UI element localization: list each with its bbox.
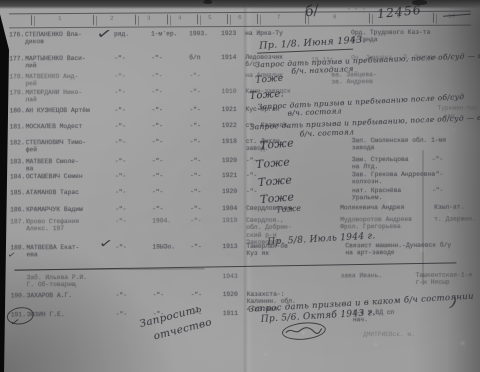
row-number: 190. — [11, 292, 26, 299]
row-number: 178. — [9, 73, 24, 80]
row-number: 187. — [10, 218, 25, 225]
table-row: 191.ЗЮЗИН Г.Е.-"--"--"-19111-я У.ВД сп н… — [1, 309, 480, 312]
col-rank: -"- — [116, 311, 127, 318]
col-notes-2: т. Дзержин. — [434, 216, 476, 224]
row-name: МАТВЕЕВА Екат- ева — [26, 244, 79, 259]
col-place: на Ирка-Ту — [245, 30, 283, 38]
row-name: МАТВЕЕНКО Анд- рей — [25, 73, 78, 88]
col-rank: -"- — [115, 107, 126, 114]
col-notes: нат. Краснёва Уральем. — [352, 187, 401, 202]
col-rank: -"- — [115, 123, 126, 130]
col-ditto: -"- — [151, 72, 162, 79]
col-rank: -"- — [116, 292, 127, 299]
scan-artifact-speck: ✳ — [263, 351, 269, 359]
col-year: 1910 — [221, 88, 236, 95]
scanned-document-page: -10- 12345678910 б/ " " " 12456 176.СТЕП… — [0, 0, 480, 372]
scan-artifact-speck: ✳ — [459, 340, 467, 350]
ink-checkmark: ✓ — [98, 236, 114, 253]
row-number: 181. — [10, 123, 25, 130]
row-name: СТЕПАНОВИЧ Тимо- фей — [26, 139, 87, 154]
scan-artifact-speck: ✳ — [409, 157, 414, 164]
table-row: 190.ЗАХАРОВ А.Г.-"--"--"-1920Казахста-: … — [1, 290, 480, 293]
table-row: 188.МАТВЕЕВА Екат- ева-"-19ЫЗо.-"-1913Та… — [0, 242, 480, 245]
table-row: Заб. Ильева Р.И. Г. Об-товарищ1943зава И… — [1, 272, 480, 275]
column-number: 3 — [147, 16, 151, 22]
column-number: 8 — [333, 14, 337, 20]
col-ditto: -"- — [151, 88, 162, 95]
col-ditto: -"- — [190, 188, 201, 195]
table-row: 178.МАТВЕЕНКО Анд- рей-"--"--"-на Алмалы… — [0, 71, 479, 74]
scan-artifact-speck: ✳ — [386, 199, 393, 208]
col-ditto: -"- — [152, 188, 163, 195]
col-ditto: -"- — [190, 157, 201, 164]
col-year: 1913 — [222, 243, 237, 250]
quote-marks: " " " — [347, 7, 366, 14]
col-year: 1904 — [222, 205, 237, 212]
typed-fragment: ДМИТРИЕВск. м. — [363, 331, 415, 338]
handwritten-tozhe: Тоже — [259, 136, 294, 152]
col-rank: -"- — [115, 173, 126, 180]
col-ditto: -"- — [190, 138, 201, 145]
col-notes: Зав. Грекова Андреевна колхозн. — [352, 171, 435, 186]
col-ditto: -"- — [152, 157, 163, 164]
col-year: 1921 — [222, 106, 237, 113]
row-number: 186. — [10, 206, 25, 213]
scan-artifact-speck: ✳ — [418, 246, 426, 256]
scan-artifact-speck: ✳ — [337, 301, 342, 308]
col-notes: зава Ивань. — [341, 272, 383, 280]
column-number: 6 — [238, 15, 242, 21]
col-ditto: б/п — [189, 54, 200, 61]
row-name: ЗАХАРОВ А.Г. — [27, 292, 72, 300]
col-rank: -"- — [115, 139, 126, 146]
row-number: 183. — [10, 158, 25, 165]
col-year: 1923 — [221, 30, 236, 37]
row-number: 177. — [9, 55, 24, 62]
col-notes-2: Ташкентская-1-я г-н Нясыр — [416, 272, 473, 287]
col-year: 1920 — [222, 157, 237, 164]
ink-checkmark: ✓ — [95, 24, 113, 44]
col-ditto: 19ЫЗо. — [152, 243, 175, 250]
hand-drawn-divider-double — [15, 268, 205, 270]
table-row: 186.КРАМАРЧУК Вадим-"--"--"-1904Свердлов… — [0, 204, 480, 207]
col-notes: Мудоворотов Андреев Фрол. Григорьева — [340, 216, 412, 231]
row-number: 179. — [9, 89, 24, 96]
typed-fragment: зам. — [444, 113, 459, 120]
header-ink-scribble: б/ — [304, 2, 321, 20]
col-ditto: -"- — [189, 72, 200, 79]
col-ditto: -"- — [190, 106, 201, 113]
scan-artifact-speck: ✳ — [453, 296, 459, 304]
col-ditto: -"- — [152, 138, 163, 145]
col-ditto: 1904. — [152, 217, 171, 224]
row-name: Юрово Стефания Алекс. 197 — [26, 218, 79, 233]
scan-artifact-speck: ✳ — [452, 127, 457, 134]
col-ditto: 1-мʼер. — [151, 30, 177, 37]
col-year: 1918 — [222, 138, 237, 145]
ink-overlay: ТожеТоже.ТожеТожеТожеТожеТоже✓✓✓✓✳✳✳✳✳✳✳… — [0, 0, 479, 1]
col-rank: -"- — [115, 206, 126, 213]
col-ditto: -"- — [190, 205, 201, 212]
col-place: -"- — [246, 188, 257, 195]
col-year: 1922 — [222, 122, 237, 129]
row-name: МАРТЫНЕНКО Васи- лий — [25, 55, 86, 70]
row-name: Заб. Ильева Р.И. Г. Об-товарищ — [27, 274, 88, 289]
ink-checkmark: ✓ — [9, 317, 21, 329]
handwritten-request-note-cont: в/ч. состоял — [287, 106, 342, 117]
row-name: АН КУЗНЕЦОВ Артём — [26, 107, 90, 115]
col-ditto: -"- — [190, 243, 201, 250]
column-tick — [197, 14, 198, 24]
col-ditto: -"- — [151, 54, 162, 61]
row-name: СТЕПАНЕНКО Вла- диков — [25, 31, 82, 46]
column-number: 2 — [110, 16, 114, 22]
col-rank: -"- — [114, 55, 125, 62]
col-notes: Молякевича Андрея — [340, 204, 404, 212]
col-year: 1943 — [223, 273, 238, 280]
column-number: 1 — [58, 16, 62, 22]
typed-fragment: Оч. Зимовка — П. Зимова — [351, 54, 436, 62]
typed-fragment: Туркмен-пас — [438, 105, 479, 112]
column-number: 7 — [277, 15, 281, 21]
ink-checkmark: ✓ — [7, 250, 17, 260]
col-ditto: -"- — [190, 172, 201, 179]
row-name: АТАМАНОВ Тарас — [26, 189, 79, 197]
handwritten-tozhe: Тоже — [255, 156, 290, 172]
row-number: 182. — [10, 139, 25, 146]
document-content: -10- 12345678910 б/ " " " 12456 176.СТЕП… — [0, 0, 480, 372]
col-ditto: -"- — [152, 106, 163, 113]
col-rank: -"- — [115, 244, 126, 251]
column-tick — [433, 13, 434, 23]
col-ditto: -"- — [191, 291, 202, 298]
col-ditto: 1903. — [189, 30, 208, 37]
col-rank: -"- — [115, 158, 126, 165]
page-number: -10- — [195, 0, 210, 7]
col-year: 1914 — [221, 54, 236, 61]
row-name: КРАМАРЧУК Вадим — [26, 206, 83, 214]
col-notes: Зап. Смоленская обл. 1-мя завода — [352, 137, 447, 152]
col-ditto: -"- — [190, 122, 201, 129]
col-ditto: -"- — [152, 172, 163, 179]
col-ditto-right: -"- — [432, 156, 443, 163]
row-number: 184. — [10, 173, 25, 180]
table-row: 185.АТАМАНОВ Тарас-"--"--"-1920-"-нат. К… — [0, 187, 480, 190]
column-tick — [369, 13, 370, 23]
col-rank: ряд. — [114, 31, 129, 38]
column-number: 5 — [208, 15, 212, 21]
column-number: 4 — [178, 15, 182, 21]
col-ditto: -"- — [153, 291, 164, 298]
table-row: 187.Юрово Стефания Алекс. 197-"-1904.-"-… — [0, 216, 480, 219]
table-rows: 176.СТЕПАНЕНКО Вла- диковряд.1-мʼер.1903… — [0, 0, 479, 1]
row-name: МОСКАЛЕВ Модест — [26, 123, 83, 131]
row-number: 176. — [9, 31, 24, 38]
column-tick — [135, 15, 136, 25]
typed-fragment: 19.11г. — [311, 56, 337, 63]
table-row: 180.АН КУЗНЕЦОВ Артём-"--"--"-1921Кус-Юр… — [0, 105, 480, 108]
column-tick — [93, 15, 94, 25]
handwritten-tozhe: Тоже — [258, 174, 293, 190]
col-ditto: -"- — [189, 88, 200, 95]
col-notes: Зам. Стрельцова на Лтд. — [352, 156, 409, 171]
row-name: МИТЮРДАНИ Нико- лай — [25, 89, 82, 104]
col-rank: -"- — [115, 218, 126, 225]
row-number: 180. — [10, 107, 25, 114]
col-year: 1921 — [222, 172, 237, 179]
column-tick — [31, 15, 32, 25]
col-year: 1911 — [223, 310, 238, 317]
row-name: ОСТАШЕВИЧ Семен — [26, 173, 83, 181]
handwritten-tozhe: Тоже. — [249, 89, 284, 103]
scan-artifact-speck: ✳ — [373, 341, 379, 349]
col-year: 1920 — [222, 188, 237, 195]
col-ditto: -"- — [152, 122, 163, 129]
col-place: -"- — [246, 172, 257, 179]
col-year: 1920 — [223, 291, 238, 298]
col-ditto-right: -"- — [432, 171, 443, 178]
handwritten-request-note-cont: б/ч. состоял — [300, 127, 355, 138]
column-tick — [227, 14, 228, 24]
col-notes-2: Кзыл-ат. — [434, 204, 464, 211]
column-tick — [167, 14, 168, 24]
column-tick — [257, 14, 258, 24]
handwritten-tozhe: Тоже — [255, 74, 284, 86]
col-ditto: -"- — [152, 205, 163, 212]
col-ditto-right: -"- — [432, 187, 443, 194]
scan-artifact-speck: ✳ — [300, 329, 307, 338]
col-rank: -"- — [114, 89, 125, 96]
row-number: 185. — [10, 189, 25, 196]
row-name: МАТВЕЕВ Смоле- ва — [26, 158, 79, 173]
col-notes: Связист машинн.-Дунаевск б/у на арт-заво… — [345, 242, 451, 257]
table-row: 182.СТЕПАНОВИЧ Тимо- фей-"--"--"-1918ст.… — [0, 137, 480, 140]
col-rank: -"- — [115, 189, 126, 196]
col-year: 1919 — [222, 217, 237, 224]
col-rank: -"- — [114, 73, 125, 80]
handwritten-tozhe: Тоже — [276, 204, 302, 215]
col-ditto: -"- — [190, 217, 201, 224]
table-row: 176.СТЕПАНЕНКО Вла- диковряд.1-мʼер.1903… — [0, 29, 479, 32]
scan-artifact-speck: ✳ — [447, 212, 452, 219]
